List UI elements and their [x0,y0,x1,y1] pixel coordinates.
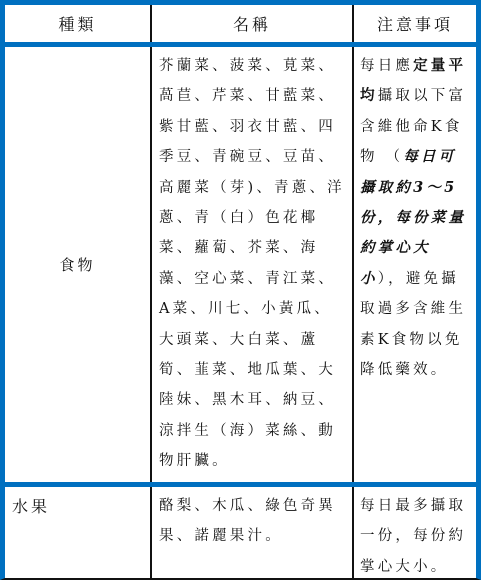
k-vitamin-food-table: 種類 名稱 注意事項 食物 芥蘭菜、菠菜、莧菜、萵苣、芹菜、甘藍菜、紫甘藍、羽衣… [0,0,481,580]
notes-text: 每日最多攝取一份，每份約掌心大小。 [354,487,476,582]
names-text: 芥蘭菜、菠菜、莧菜、萵苣、芹菜、甘藍菜、紫甘藍、羽衣甘藍、四季豆、青碗豆、豆苗、… [152,47,352,477]
notes-cell: 每日最多攝取一份，每份約掌心大小。 [354,487,476,578]
names-cell: 酪梨、木瓜、綠色奇異果、諾麗果汁。 [152,487,352,578]
header-row: 種類 名稱 注意事項 [5,5,476,42]
category-cell: 水果 [5,487,150,578]
table-row-food: 食物 芥蘭菜、菠菜、莧菜、萵苣、芹菜、甘藍菜、紫甘藍、羽衣甘藍、四季豆、青碗豆、… [5,47,476,482]
notes-cell: 每日應定量平均攝取以下富含維他命K食物 （每日可攝取約3～5份，每份菜量約掌心大… [354,47,476,482]
names-cell: 芥蘭菜、菠菜、莧菜、萵苣、芹菜、甘藍菜、紫甘藍、羽衣甘藍、四季豆、青碗豆、豆苗、… [152,47,352,482]
notes-emphasis-italic: 每日可攝取約3～5份，每份菜量約掌心大小 [360,148,466,287]
table-row-fruit: 水果 酪梨、木瓜、綠色奇異果、諾麗果汁。 每日最多攝取一份，每份約掌心大小。 [5,487,476,578]
names-text: 酪梨、木瓜、綠色奇異果、諾麗果汁。 [152,487,352,552]
notes-text: 每日應定量平均攝取以下富含維他命K食物 （每日可攝取約3～5份，每份菜量約掌心大… [354,47,476,385]
header-name: 名稱 [152,5,352,42]
header-notes: 注意事項 [354,5,476,42]
notes-segment: 每日應 [360,58,413,74]
header-category: 種類 [5,5,150,42]
category-cell: 食物 [5,47,150,482]
